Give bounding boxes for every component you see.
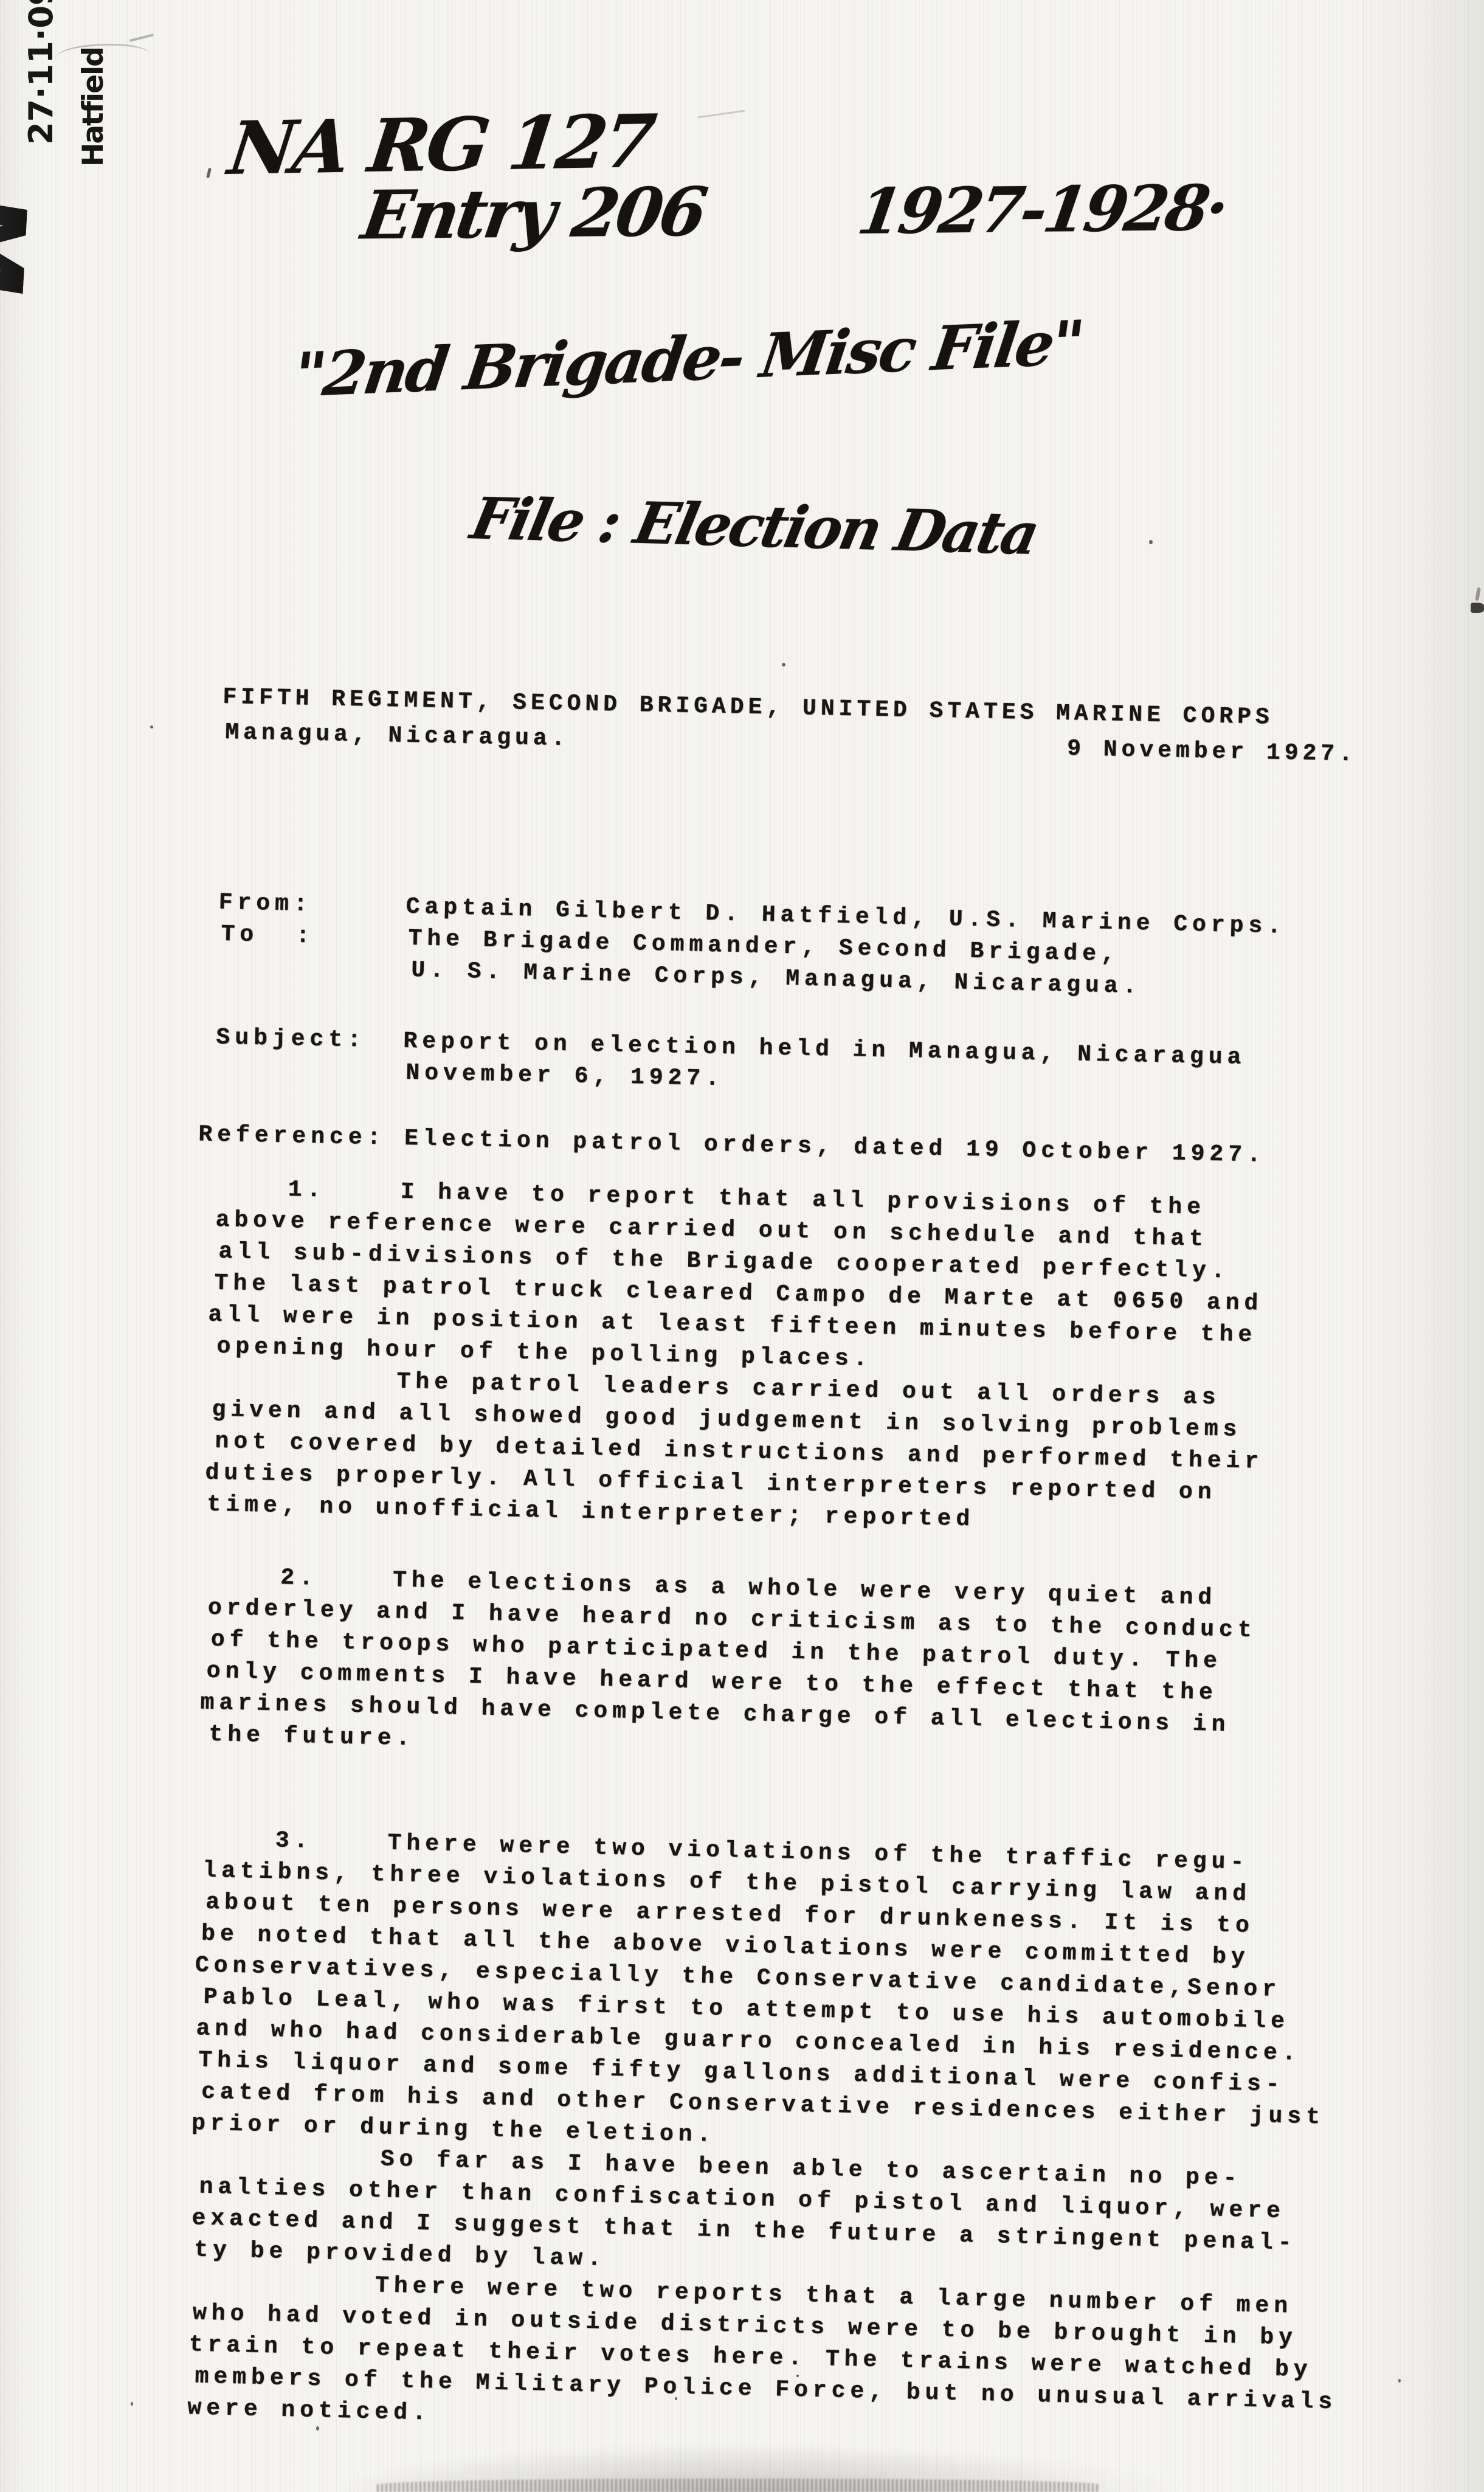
subject-block: Subject: Report on election held in Mana… xyxy=(218,1022,1375,1108)
archive-entry-handwriting: Entry 2061927-1928· xyxy=(357,167,1231,255)
paper-speck xyxy=(150,725,153,729)
letterhead-date: 9 November 1927. xyxy=(1067,732,1358,772)
ink-tick-mark xyxy=(206,168,212,179)
right-edge-ink-blob xyxy=(1475,587,1481,601)
scan-edge-noise-band xyxy=(377,2479,1100,2492)
reference-line: Reference: Election patrol orders, dated… xyxy=(201,1119,1373,1174)
archive-file-title-handwriting: File : Election Data xyxy=(466,485,1043,568)
margin-letter-m-handwriting: M xyxy=(0,188,29,302)
paragraph-1: 1. I have to report that all provisions … xyxy=(210,1173,1372,1543)
archive-brigade-file-handwriting: "2nd Brigade- Misc File" xyxy=(289,306,1086,411)
paper-speck xyxy=(782,663,785,666)
pencil-squiggle xyxy=(697,110,745,125)
paper-speck xyxy=(316,2426,319,2431)
paper-speck xyxy=(675,2397,677,2400)
margin-date-handwriting: 27·11·09 xyxy=(22,0,60,145)
right-edge-ink-blob xyxy=(1471,603,1484,613)
paper-speck xyxy=(131,2402,133,2406)
paragraph-3: 3. There were two violations of the traf… xyxy=(190,1824,1359,2451)
paper-speck xyxy=(1149,540,1153,544)
typed-letter: FIFTH REGIMENT, SECOND BRIGADE, UNITED S… xyxy=(192,680,1381,2447)
archive-entry-number: Entry 206 xyxy=(357,173,709,255)
typed-line: Reference: Election patrol orders, dated… xyxy=(198,1119,1370,1174)
paragraph-2: 2. The elections as a whole were very qu… xyxy=(205,1561,1364,1776)
margin-name-handwriting: Hatfield xyxy=(77,47,110,167)
scanned-document-page: 27·11·09 Hatfield M NA RG 127 Entry 2061… xyxy=(0,0,1484,2492)
archive-years: 1927-1928· xyxy=(853,171,1230,249)
scan-streak xyxy=(126,0,128,2492)
from-to-block: From: Captain Gilbert D. Hatfield, U.S. … xyxy=(220,887,1377,1008)
letterhead: FIFTH REGIMENT, SECOND BRIGADE, UNITED S… xyxy=(225,680,1381,773)
pencil-squiggle xyxy=(129,33,155,47)
paper-speck xyxy=(1398,2379,1401,2383)
paper-speck xyxy=(796,2375,799,2377)
letterhead-city: Managua, Nicaragua. xyxy=(225,715,570,757)
